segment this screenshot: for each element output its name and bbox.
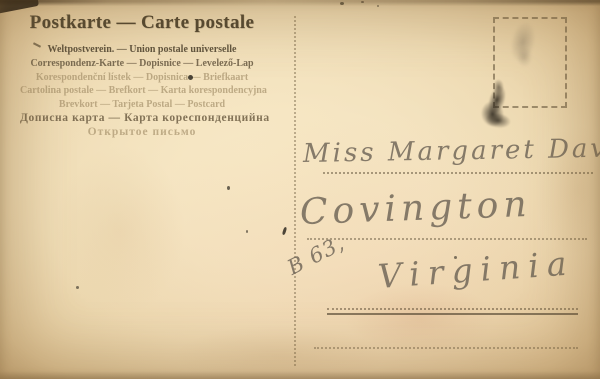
address-rule-3 xyxy=(327,308,578,315)
paper-stain xyxy=(55,145,185,315)
spacer xyxy=(20,34,264,43)
ink-smudge xyxy=(481,79,517,129)
handwritten-city: Covington xyxy=(299,184,532,233)
ink-speck xyxy=(188,75,193,80)
ink-speck xyxy=(282,227,287,236)
ink-speck xyxy=(227,186,230,190)
ink-speck xyxy=(454,256,457,259)
divider-line xyxy=(294,16,296,366)
header-block: Postkarte — Carte postale Weltpostverein… xyxy=(20,12,264,140)
header-line: Открытое письмо xyxy=(20,126,264,140)
header-line: Дописна карта — Карта кореспонденцийна xyxy=(20,112,264,126)
handwritten-state: Virginia xyxy=(377,243,576,296)
handwritten-name: Miss Margaret Dav— xyxy=(303,133,600,169)
header-line: Correspondenz-Karte — Dopisnice — Levele… xyxy=(20,57,264,71)
paper-stain xyxy=(345,283,495,355)
address-rule-4 xyxy=(314,347,578,349)
postcard-title: Postkarte — Carte postale xyxy=(20,12,264,34)
ink-speck xyxy=(76,286,79,289)
header-line: Cartolina postale — Brefkort — Karta kor… xyxy=(20,84,264,98)
header-line: Weltpostverein. — Union postale universe… xyxy=(20,43,264,57)
address-rule-1 xyxy=(323,172,593,174)
postcard-photo: Postkarte — Carte postale Weltpostverein… xyxy=(0,0,600,379)
address-rule-2 xyxy=(307,238,587,240)
pencil-smear xyxy=(517,47,532,67)
header-line: Brevkort — Tarjeta Postal — Postcard xyxy=(20,98,264,112)
ink-speck xyxy=(246,230,248,233)
header-line: Korespondenční lístek — Dopisnica — Brie… xyxy=(20,71,264,85)
scan-edge-shadow xyxy=(0,371,600,379)
scan-edge-shadow xyxy=(0,0,600,6)
